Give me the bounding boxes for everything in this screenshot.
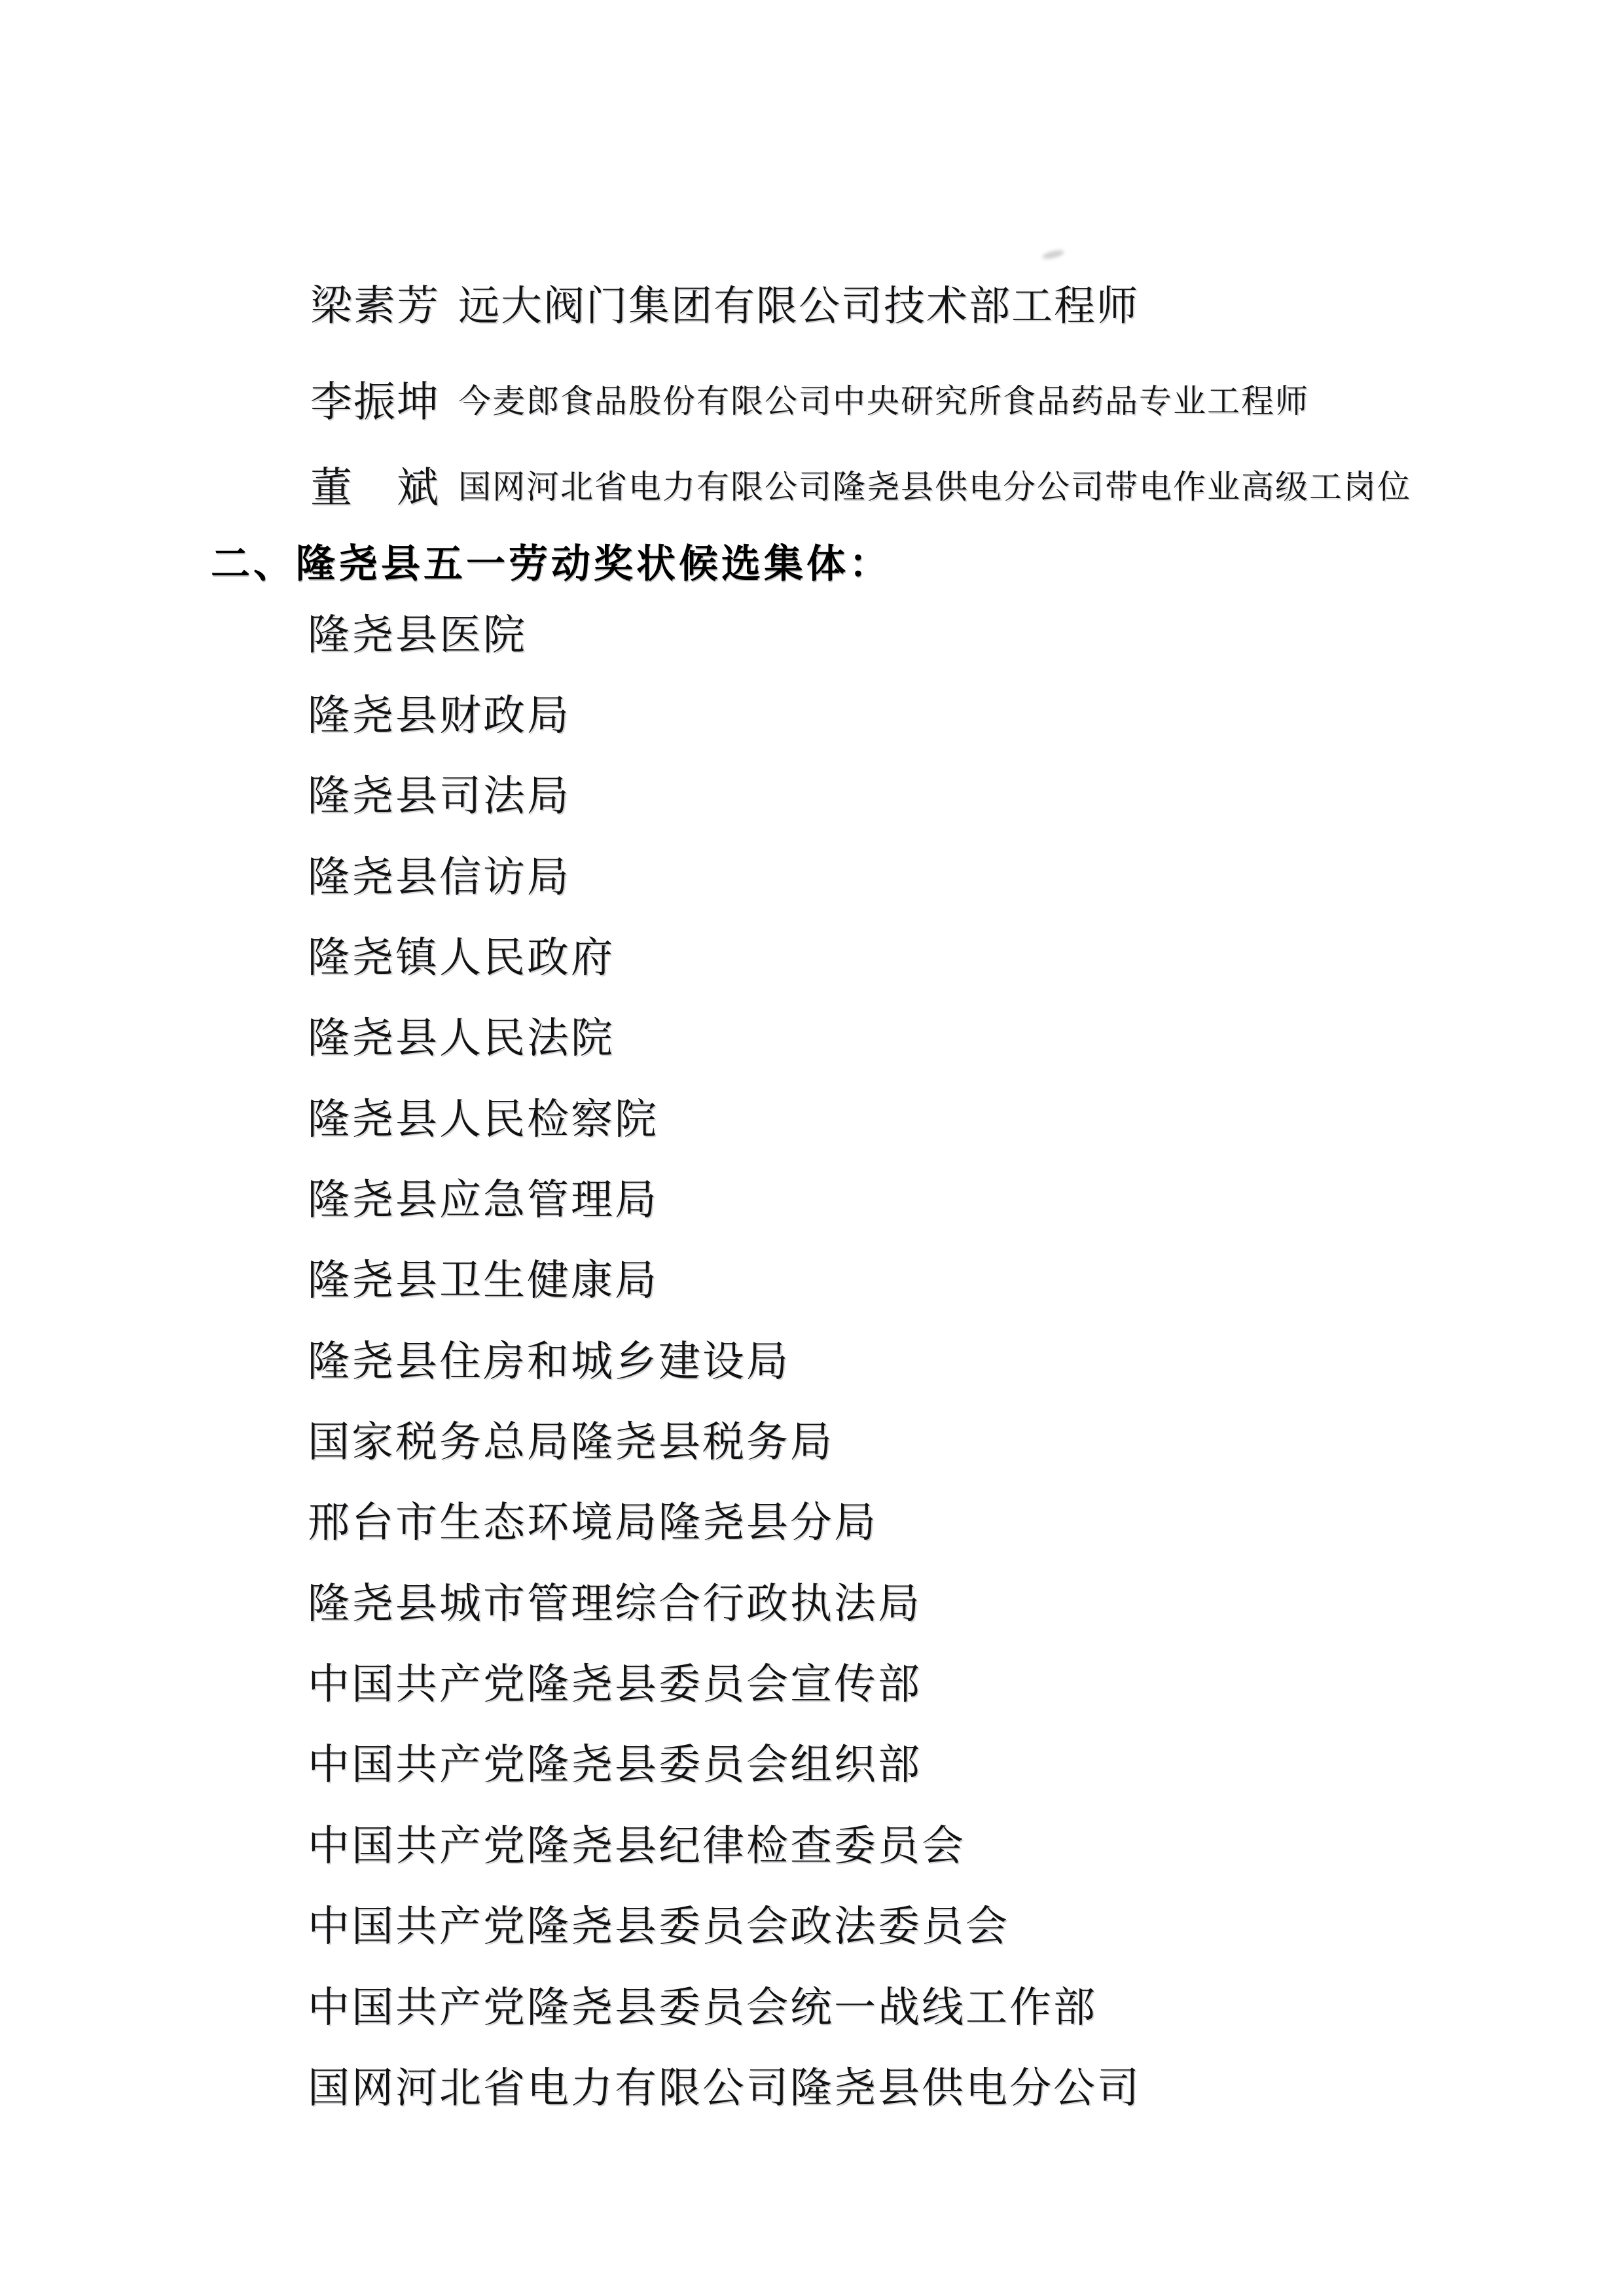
list-item: 隆尧县应急管理局 — [308, 1156, 1141, 1236]
list-item: 中国共产党隆尧县委员会统一战线工作部 — [308, 1964, 1141, 2044]
list-item: 隆尧县卫生健康局 — [308, 1237, 1141, 1318]
list-item: 隆尧县人民法院 — [308, 995, 1141, 1075]
list-item: 国网河北省电力有限公司隆尧县供电分公司 — [308, 2044, 1141, 2125]
list-item: 隆尧县信访局 — [308, 833, 1141, 914]
scan-smudge-mark — [1041, 249, 1064, 260]
list-item: 中国共产党隆尧县委员会宣传部 — [308, 1640, 1141, 1721]
collectives-list: 隆尧县医院 隆尧县财政局 隆尧县司法局 隆尧县信访局 隆尧镇人民政府 隆尧县人民… — [308, 591, 1141, 2125]
person-affiliation: 远大阀门集团有限公司技术部工程师 — [458, 273, 1139, 332]
list-item: 国家税务总局隆尧县税务局 — [308, 1398, 1141, 1479]
list-item: 隆尧县住房和城乡建设局 — [308, 1318, 1141, 1398]
person-name: 李振坤 — [310, 368, 458, 429]
list-item: 隆尧县城市管理综合行政执法局 — [308, 1560, 1141, 1640]
list-item: 中国共产党隆尧县委员会组织部 — [308, 1721, 1141, 1802]
person-affiliation: 国网河北省电力有限公司隆尧县供电分公司带电作业高级工岗位 — [458, 461, 1411, 508]
list-item: 邢台市生态环境局隆尧县分局 — [308, 1479, 1141, 1560]
individual-row: 梁素芳 远大阀门集团有限公司技术部工程师 — [310, 272, 1139, 332]
section-heading: 二、隆尧县五一劳动奖状候选集体： — [211, 533, 892, 589]
list-item: 中国共产党隆尧县纪律检查委员会 — [308, 1802, 1141, 1882]
list-item: 隆尧县财政局 — [308, 672, 1141, 752]
individual-row: 李振坤 今麦郎食品股份有限公司中央研究所食品药品专业工程师 — [310, 368, 1309, 429]
person-name: 董 斌 — [310, 454, 458, 514]
document-page: 梁素芳 远大阀门集团有限公司技术部工程师 李振坤 今麦郎食品股份有限公司中央研究… — [0, 0, 1624, 2296]
list-item: 隆尧县医院 — [308, 591, 1141, 672]
person-affiliation: 今麦郎食品股份有限公司中央研究所食品药品专业工程师 — [458, 375, 1309, 422]
individual-row: 董 斌 国网河北省电力有限公司隆尧县供电分公司带电作业高级工岗位 — [310, 454, 1411, 514]
list-item: 中国共产党隆尧县委员会政法委员会 — [308, 1883, 1141, 1964]
list-item: 隆尧镇人民政府 — [308, 914, 1141, 994]
list-item: 隆尧县司法局 — [308, 753, 1141, 833]
person-name: 梁素芳 — [310, 272, 458, 332]
list-item: 隆尧县人民检察院 — [308, 1075, 1141, 1156]
